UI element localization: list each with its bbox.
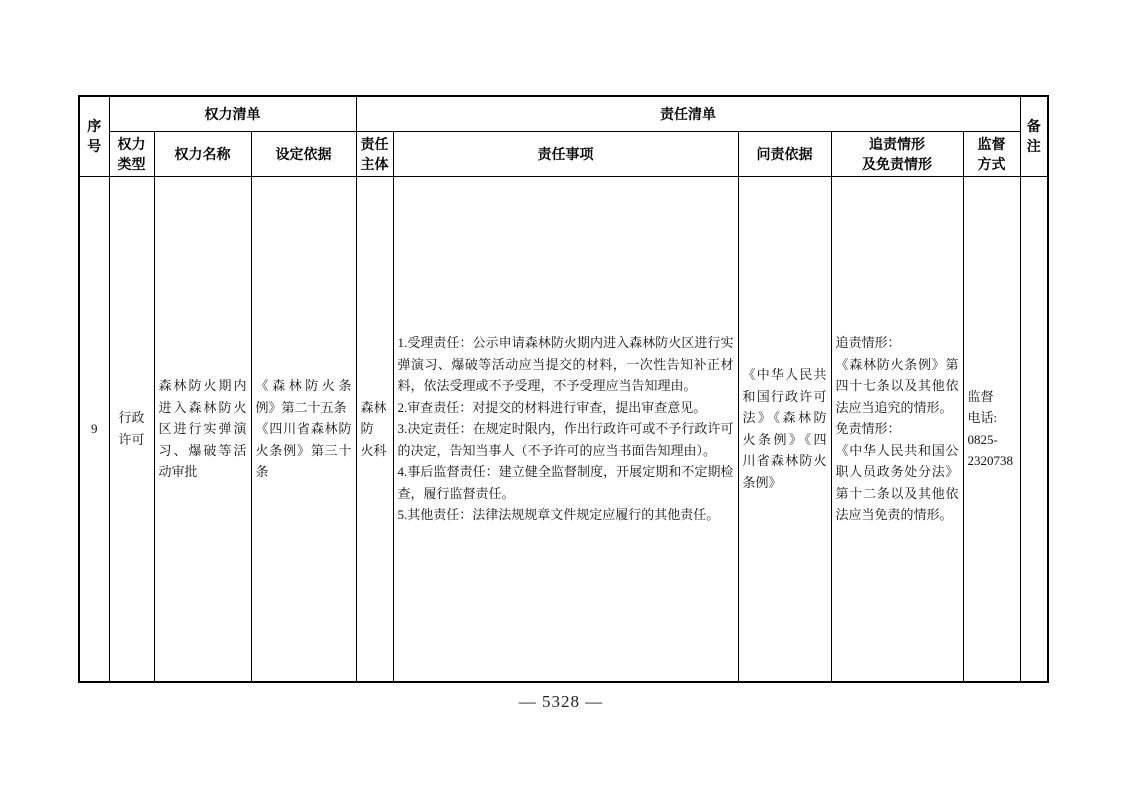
header-power-name: 权力名称 (154, 131, 251, 176)
cell-accountability-basis: 《中华人民共和国行政许可法》《森林防火条例》《四川省森林防火条例》 (738, 176, 831, 682)
header-duty-list-group: 责任清单 (356, 96, 1020, 131)
header-duty-subject: 责任 主体 (356, 131, 393, 176)
cell-setting-basis: 《森林防火条例》第二十五条 《四川省森林防火条例》第三十条 (251, 176, 356, 682)
duty-matter-item: 3.决定责任：在规定时限内，作出行政许可或不予行政许可的决定，告知当事人（不予许… (398, 418, 734, 461)
supervision-line: 0825- (968, 429, 1016, 451)
cell-pursuit-and-exemption: 追责情形： 《森林防火条例》第四十七条以及其他依法应当追究的情形。 免责情形： … (831, 176, 963, 682)
duty-matter-item: 4.事后监督责任：建立健全监督制度，开展定期和不定期检查，履行监督责任。 (398, 461, 734, 504)
pursuit-exemption-line: 《森林防火条例》第四十七条以及其他依法应当追究的情形。 (836, 354, 959, 419)
page-number: — 5328 — (0, 692, 1122, 712)
pursuit-exemption-line: 免责情形： (836, 418, 959, 440)
cell-power-name: 森林防火期内进入森林防火区进行实弹演习、爆破等活动审批 (154, 176, 251, 682)
cell-duty-subject: 森林防 火科 (356, 176, 393, 682)
power-duty-table: 序 号 权力清单 责任清单 备 注 权力 类型 权力名称 设定依据 责任 主体 … (78, 95, 1049, 683)
cell-remarks (1020, 176, 1048, 682)
pursuit-exemption-line: 《中华人民共和国公职人员政务处分法》第十二条以及其他依法应当免责的情形。 (836, 440, 959, 526)
duty-matter-item: 1.受理责任：公示申请森林防火期内进入森林防火区进行实弹演习、爆破等活动应当提交… (398, 332, 734, 397)
setting-basis-item: 《四川省森林防火条例》第三十条 (256, 418, 352, 483)
header-serial-no: 序 号 (79, 96, 109, 176)
header-power-list-group: 权力清单 (109, 96, 356, 131)
cell-serial-no: 9 (79, 176, 109, 682)
duty-matter-item: 5.其他责任：法律法规规章文件规定应履行的其他责任。 (398, 504, 734, 526)
header-setting-basis: 设定依据 (251, 131, 356, 176)
cell-power-type: 行政 许可 (109, 176, 154, 682)
header-pursuit-and-exemption: 追责情形 及免责情形 (831, 131, 963, 176)
header-duty-matters: 责任事项 (393, 131, 738, 176)
duty-matter-item: 2.审查责任：对提交的材料进行审查，提出审查意见。 (398, 397, 734, 419)
document-page: 序 号 权力清单 责任清单 备 注 权力 类型 权力名称 设定依据 责任 主体 … (0, 0, 1122, 793)
header-supervision-method: 监督 方式 (963, 131, 1020, 176)
cell-duty-matters: 1.受理责任：公示申请森林防火期内进入森林防火区进行实弹演习、爆破等活动应当提交… (393, 176, 738, 682)
supervision-line: 监督 (968, 386, 1016, 408)
header-power-type: 权力 类型 (109, 131, 154, 176)
pursuit-exemption-line: 追责情形： (836, 332, 959, 354)
header-remarks: 备 注 (1020, 96, 1048, 176)
supervision-line: 电话: (968, 407, 1016, 429)
header-group-row: 序 号 权力清单 责任清单 备 注 (79, 96, 1048, 131)
supervision-line: 2320738 (968, 450, 1016, 472)
header-accountability-basis: 问责依据 (738, 131, 831, 176)
cell-supervision-method: 监督 电话: 0825- 2320738 (963, 176, 1020, 682)
header-sub-row: 权力 类型 权力名称 设定依据 责任 主体 责任事项 问责依据 追责情形 及免责… (79, 131, 1048, 176)
table-row: 9 行政 许可 森林防火期内进入森林防火区进行实弹演习、爆破等活动审批 《森林防… (79, 176, 1048, 682)
setting-basis-item: 《森林防火条例》第二十五条 (256, 375, 352, 418)
